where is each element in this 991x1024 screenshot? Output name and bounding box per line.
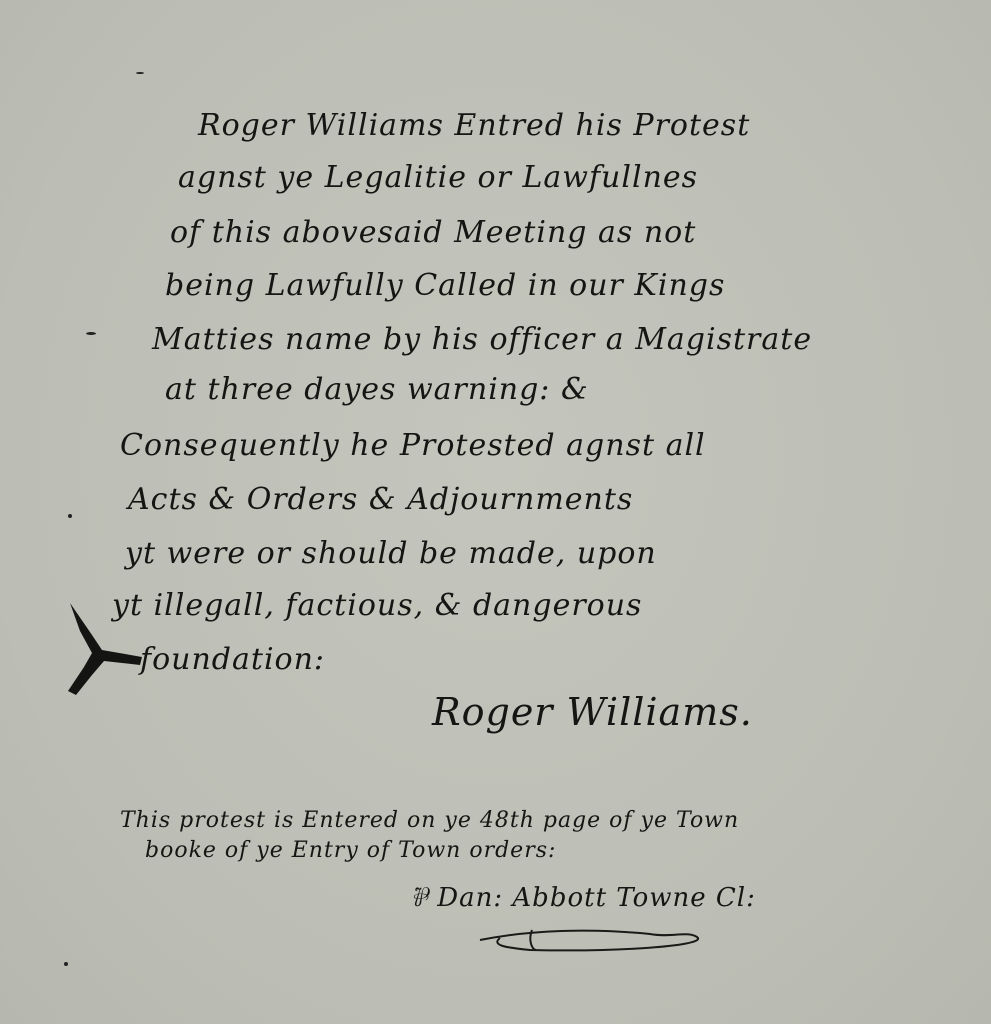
- flourish-underline-icon: [470, 912, 710, 957]
- ink-speck: [86, 332, 96, 335]
- protest-line-3: of this abovesaid Meeting as not: [170, 215, 696, 250]
- protest-line-11: foundation:: [140, 642, 325, 677]
- signature-roger-williams: Roger Williams.: [432, 690, 753, 734]
- note-line-1: This protest is Entered on ye 48th page …: [120, 808, 739, 833]
- protest-line-10: yt illegall, factious, & dangerous: [112, 588, 642, 623]
- protest-line-8: Acts & Orders & Adjournments: [128, 482, 633, 517]
- protest-line-9: yt were or should be made, upon: [125, 536, 657, 571]
- manuscript-page: Roger Williams Entred his Protest agnst …: [0, 0, 991, 1024]
- protest-line-6: at three dayes warning: &: [165, 372, 589, 407]
- protest-line-2: agnst ye Legalitie or Lawfullnes: [178, 160, 698, 195]
- ink-speck: [136, 72, 144, 74]
- ink-speck: [64, 962, 68, 966]
- protest-line-1: Roger Williams Entred his Protest: [198, 108, 750, 143]
- ink-blot-mark-icon: [62, 595, 152, 705]
- ink-speck: [68, 514, 72, 518]
- protest-line-7: Consequently he Protested agnst all: [120, 428, 706, 463]
- protest-line-4: being Lawfully Called in our Kings: [165, 268, 725, 303]
- clerk-attestation: ⅌ Dan: Abbott Towne Cl:: [410, 878, 756, 914]
- note-line-2: booke of ye Entry of Town orders:: [145, 838, 556, 863]
- protest-line-5: Matties name by his officer a Magistrate: [152, 322, 812, 357]
